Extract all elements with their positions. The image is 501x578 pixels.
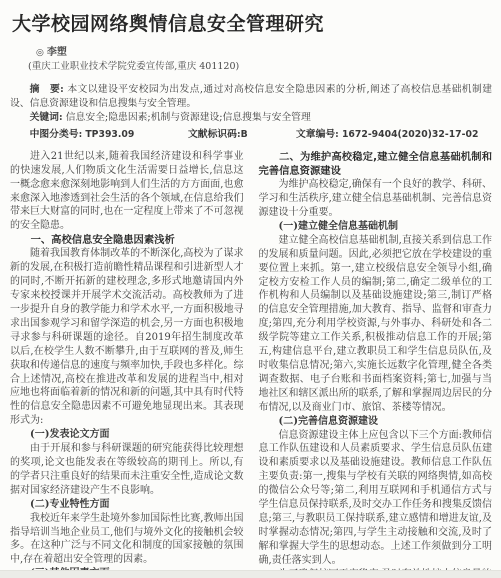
keywords-label: 关键词:	[30, 112, 63, 123]
article-title: 大学校园网络舆情信息安全管理研究	[12, 12, 492, 36]
keywords-text: 信息安全;隐患因素;机制与资源建设;信息搜集与安全管理	[66, 112, 311, 123]
author-marker-icon: ◎	[36, 48, 44, 58]
body-paragraph: 进入21世纪以来,随着我国经济建设和科学事业的快速发展,人们物质文化生活需要日益…	[10, 150, 244, 233]
body-paragraph: 由于开展和参与科研课题的研究能获得比较理想的奖项,论文也能发表在等级较高的期刊上…	[10, 442, 244, 498]
subsection-heading: (二)专业特性方面	[10, 498, 244, 512]
keywords: 关键词: 信息安全;隐患因素;机制与资源建设;信息搜集与安全管理	[10, 111, 492, 125]
body-paragraph: 为维护高校稳定,确保有一个良好的教学、科研、学习和生活秩序,建立健全信息基础机制…	[259, 178, 493, 220]
right-column: 二、为维护高校稳定,建立健全信息基础机制和完善信息资源建设 为维护高校稳定,确保…	[259, 150, 493, 574]
author-line: ◎李塑	[36, 46, 492, 60]
left-column: 进入21世纪以来,随着我国经济建设和科学事业的快速发展,人们物质文化生活需要日益…	[10, 150, 244, 574]
article-id: 文章编号: 1672-9404(2020)32-17-02	[296, 128, 492, 142]
abstract-label: 摘 要:	[30, 84, 64, 95]
author-affiliation: (重庆工业职业技术学院党委宣传部,重庆 401120)	[28, 60, 492, 74]
article-body: 进入21世纪以来,随着我国经济建设和科学事业的快速发展,人们物质文化生活需要日益…	[10, 150, 492, 574]
body-paragraph: 随着我国教育体制改革的不断深化,高校为了谋求新的发展,在积极打造前瞻性精品课程和…	[10, 247, 244, 428]
author-name: 李塑	[47, 47, 67, 58]
abstract-text: 本文以建设平安校园为出发点,通过对高校信息安全隐患因素的分析,阐述了高校信息基础…	[10, 84, 492, 109]
subsection-heading: (一)发表论文方面	[10, 428, 244, 442]
body-paragraph: 信息资源建设主体上应包含以下三个方面:教师信息工作队伍建设和人员素质要求、学生信…	[259, 429, 493, 568]
section-heading-1: 一、高校信息安全隐患因素浅析	[10, 233, 244, 247]
abstract: 摘 要: 本文以建设平安校园为出发点,通过对高校信息安全隐患因素的分析,阐述了高…	[10, 83, 492, 110]
section-heading-2: 二、为维护高校稳定,建立健全信息基础机制和完善信息资源建设	[259, 150, 493, 178]
body-paragraph: 建立健全高校信息基础机制,直接关系到信息工作的发展和质量问题。因此,必须把它放在…	[259, 234, 493, 415]
body-paragraph: 我校近年来学生赴境外参加国际性比赛,教师出国指导培训当地企业员工,他们与境外文化…	[10, 512, 244, 568]
classification-row: 中图分类号: TP393.09 文献标识码:B 文章编号: 1672-9404(…	[10, 128, 492, 142]
document-code: 文献标识码:B	[188, 128, 296, 142]
clc-number: 中图分类号: TP393.09	[10, 128, 188, 142]
subsection-heading: (一)建立健全信息基础机制	[259, 220, 493, 234]
subsection-heading: (二)完善信息资源建设	[259, 415, 493, 429]
journal-article-page: 大学校园网络舆情信息安全管理研究 ◎李塑 (重庆工业职业技术学院党委宣传部,重庆…	[0, 0, 501, 578]
article-meta: 摘 要: 本文以建设平安校园为出发点,通过对高校信息安全隐患因素的分析,阐述了高…	[10, 83, 492, 125]
page-bottom-scan-edge	[0, 570, 501, 578]
